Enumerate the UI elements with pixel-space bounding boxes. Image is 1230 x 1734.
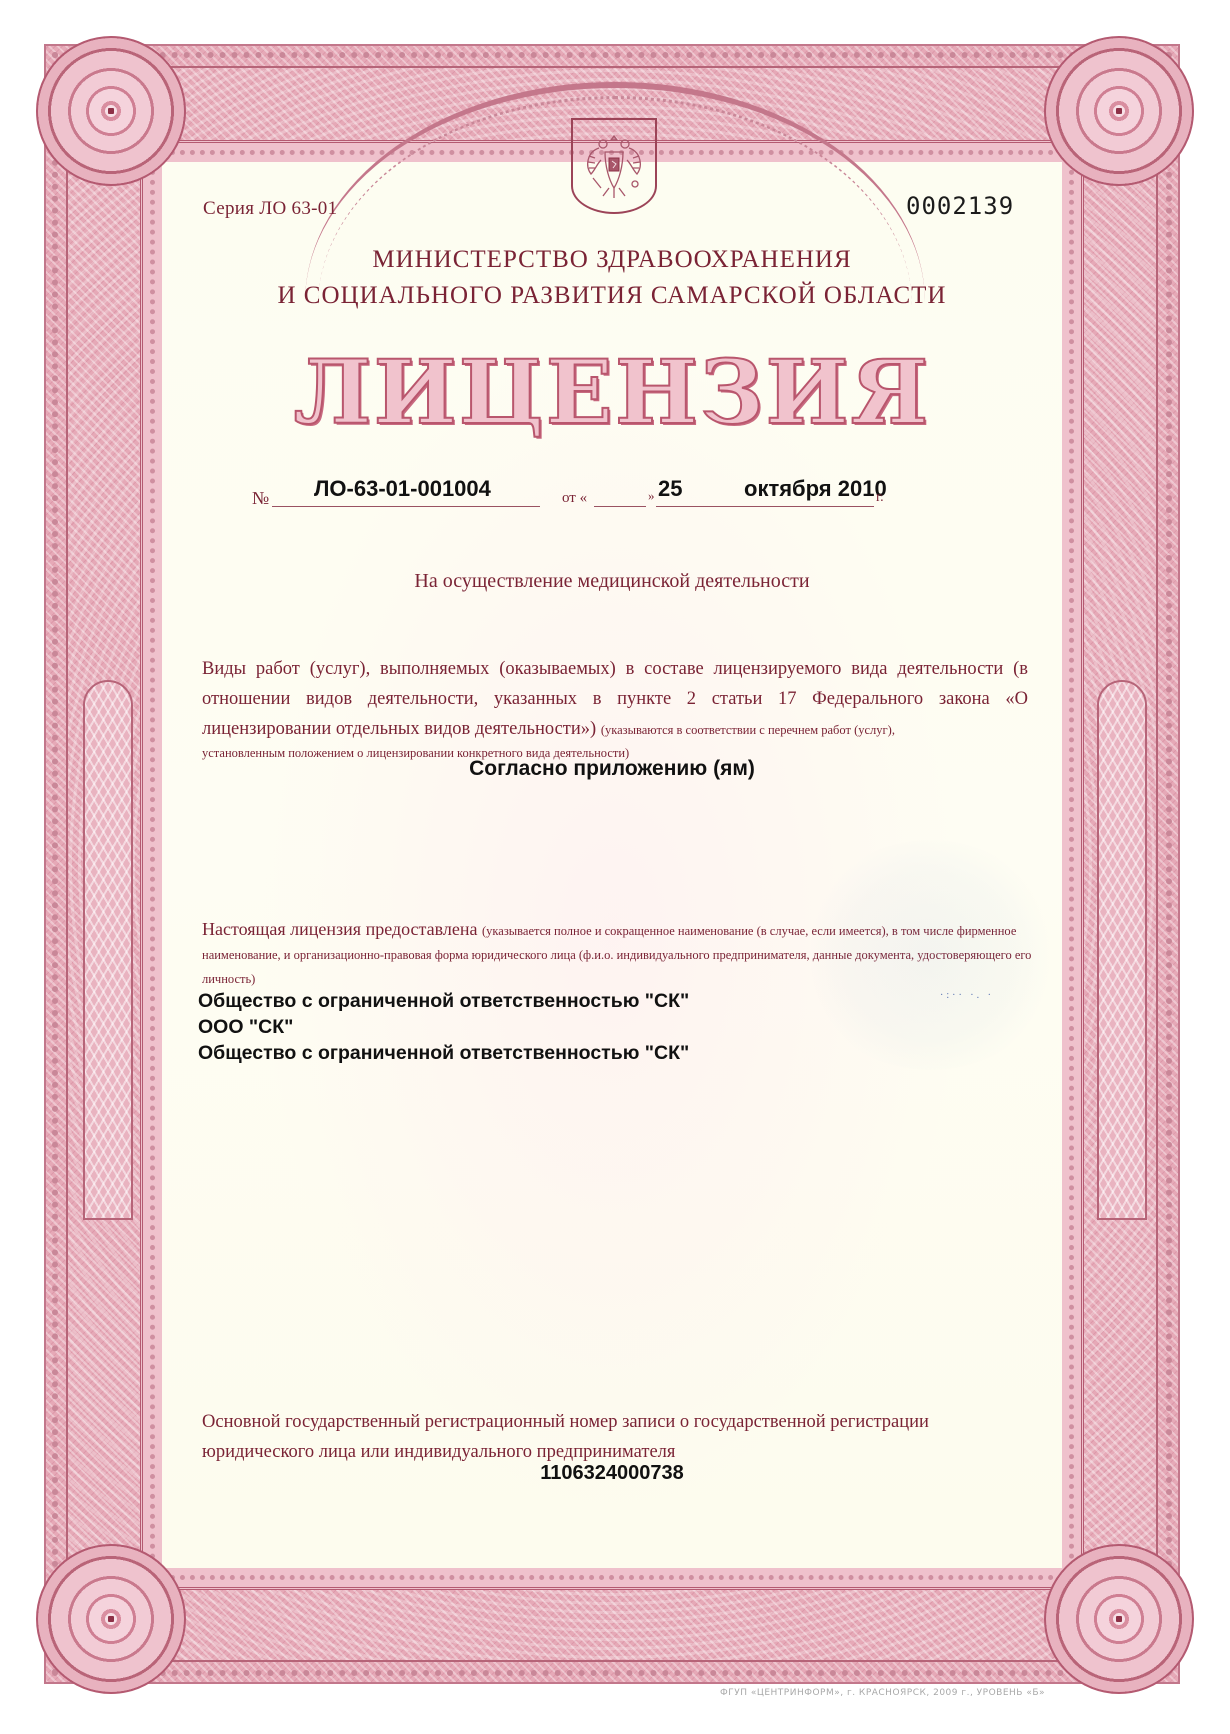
ministry-line-2: И СОЦИАЛЬНОГО РАЗВИТИЯ САМАРСКОЙ ОБЛАСТИ: [162, 278, 1062, 314]
licensee-label: Настоящая лицензия предоставлена: [202, 919, 477, 939]
services-value: Согласно приложению (ям): [162, 757, 1062, 781]
coat-of-arms-icon: [571, 118, 657, 214]
ogrn-value: 1106324000738: [162, 1462, 1062, 1485]
issuing-authority: МИНИСТЕРСТВО ЗДРАВООХРАНЕНИЯ И СОЦИАЛЬНО…: [162, 242, 1062, 314]
day-underline: [594, 482, 646, 507]
series-label: Серия ЛО 63-01: [203, 198, 337, 220]
rosette-bottom-left-icon: [36, 1544, 186, 1694]
company-full-name: Общество с ограниченной ответственностью…: [198, 988, 689, 1014]
serial-number: 0002139: [906, 192, 1014, 220]
company-short-name: ООО "СК": [198, 1014, 689, 1040]
license-number-date-row: № ЛО-63-01-001004 от « » 25 октября 2010…: [252, 480, 992, 510]
right-guilloche-panel: [1097, 680, 1147, 1220]
stamp-trace: ·:·· ·. ·: [940, 990, 994, 1001]
license-month-year: октября 2010: [744, 476, 887, 502]
services-section: Виды работ (услуг), выполняемых (оказыва…: [202, 654, 1028, 763]
license-purpose: На осуществление медицинской деятельност…: [162, 570, 1062, 593]
date-quote-close: »: [648, 488, 655, 504]
ogrn-label: Основной государственный регистрационный…: [202, 1407, 1032, 1467]
rosette-top-left-icon: [36, 36, 186, 186]
services-note: (указываются в соответствии с перечнем р…: [601, 723, 895, 737]
company-brand-name: Общество с ограниченной ответственностью…: [198, 1040, 689, 1066]
ministry-line-1: МИНИСТЕРСТВО ЗДРАВООХРАНЕНИЯ: [162, 242, 1062, 278]
license-number: ЛО-63-01-001004: [314, 476, 491, 502]
faded-stamp: [800, 840, 1060, 1070]
printer-imprint: ФГУП «ЦЕНТРИНФОРМ», г. КРАСНОЯРСК, 2009 …: [720, 1688, 1045, 1698]
rosette-top-right-icon: [1044, 36, 1194, 186]
number-sign: №: [252, 488, 269, 509]
double-headed-eagle-icon: [579, 126, 649, 206]
document-title: ЛИЦЕНЗИЯ: [162, 340, 1062, 444]
licensee-names: Общество с ограниченной ответственностью…: [198, 988, 689, 1066]
date-from-label: от «: [562, 490, 587, 507]
left-guilloche-panel: [83, 680, 133, 1220]
year-suffix: г.: [876, 490, 884, 506]
rosette-bottom-right-icon: [1044, 1544, 1194, 1694]
